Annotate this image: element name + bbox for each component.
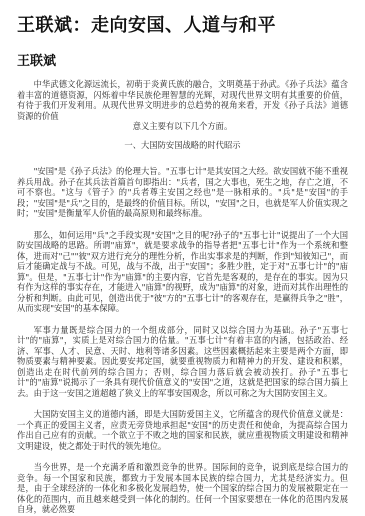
lead-paragraph: 中华武德文化源远流长，初萌于炎黄氏族的融合，文明奠基于孙武。《孙子兵法》蕴含着丰… <box>17 79 348 121</box>
body-paragraph: 当今世界，是一个充满矛盾和激烈竞争的世界。国际间的竞争，说到底是综合国力的竞争。… <box>17 462 348 515</box>
body-paragraph: 那么，如何运用"兵"之手段实现"安国"之目的呢?孙子的"五事七计"说提出了一个大… <box>17 230 348 314</box>
lead-paragraph-tail: 意义主要有以下几个方面。 <box>17 121 348 132</box>
author-heading: 王联斌 <box>17 53 348 70</box>
page-title: 王联斌：走向安国、人道与和平 <box>17 14 348 38</box>
section-heading-1: 一、大国防安国战略的时代昭示 <box>17 140 348 151</box>
body-paragraph: 军事力量既是综合国力的一个组成部分，同时又以综合国力为基础。孙子"五事七计"的"… <box>17 325 348 399</box>
article-page: 王联斌：走向安国、人道与和平 王联斌 中华武德文化源远流长，初萌于炎黄氏族的融合… <box>0 0 365 516</box>
body-paragraph: "安国"是《孙子兵法》的伦理大旨。"五事七计"是其安国之大经。欲安国就不能不重视… <box>17 166 348 219</box>
body-paragraph: 大国防安国主义的道德内涵，即是大国防爱国主义，它所蕴含的现代价值意义就是：一个真… <box>17 409 348 451</box>
